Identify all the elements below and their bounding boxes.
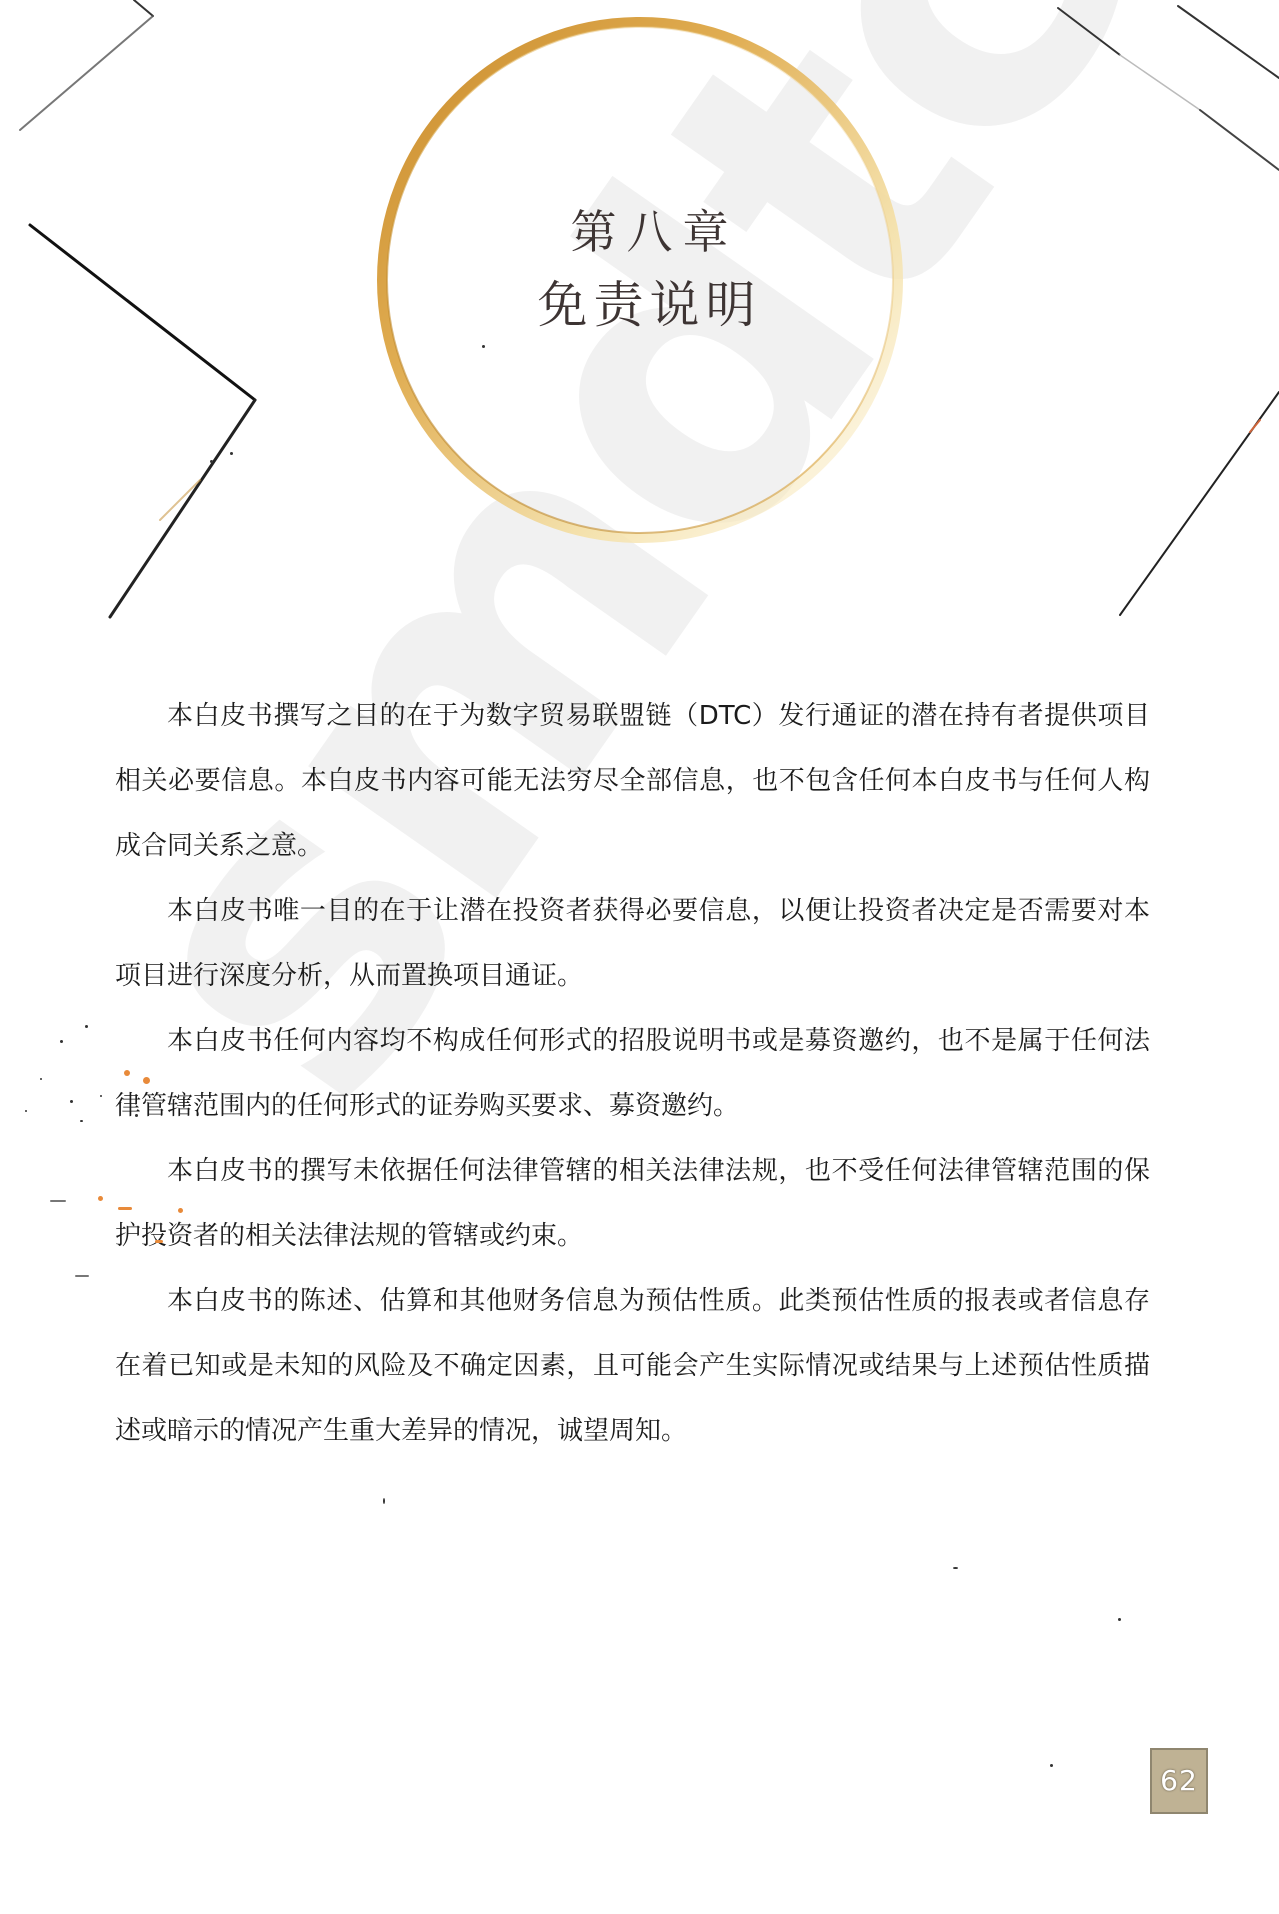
right-bottom-line-icon [1120, 392, 1279, 615]
paragraph: 本白皮书任何内容均不构成任何形式的招股说明书或是募资邀约，也不是属于任何法律管辖… [115, 1009, 1150, 1139]
page-number-badge: 62 [1150, 1748, 1208, 1814]
paragraph: 本白皮书唯一目的在于让潜在投资者获得必要信息，以便让投资者决定是否需要对本项目进… [115, 879, 1150, 1009]
chapter-heading: 第八章 免责说明 [0, 200, 1279, 346]
paragraph: 本白皮书的陈述、估算和其他财务信息为预估性质。此类预估性质的报表或者信息存在着已… [115, 1269, 1150, 1464]
chapter-title: 免责说明 [20, 264, 1279, 346]
disclaimer-body: 本白皮书撰写之目的在于为数字贸易联盟链（DTC）发行通证的潜在持有者提供项目相关… [115, 684, 1150, 1464]
paragraph: 本白皮书撰写之目的在于为数字贸易联盟链（DTC）发行通证的潜在持有者提供项目相关… [115, 684, 1150, 879]
chapter-number: 第八章 [30, 200, 1279, 264]
paragraph: 本白皮书的撰写未依据任何法律管辖的相关法律法规，也不受任何法律管辖范围的保护投资… [115, 1139, 1150, 1269]
